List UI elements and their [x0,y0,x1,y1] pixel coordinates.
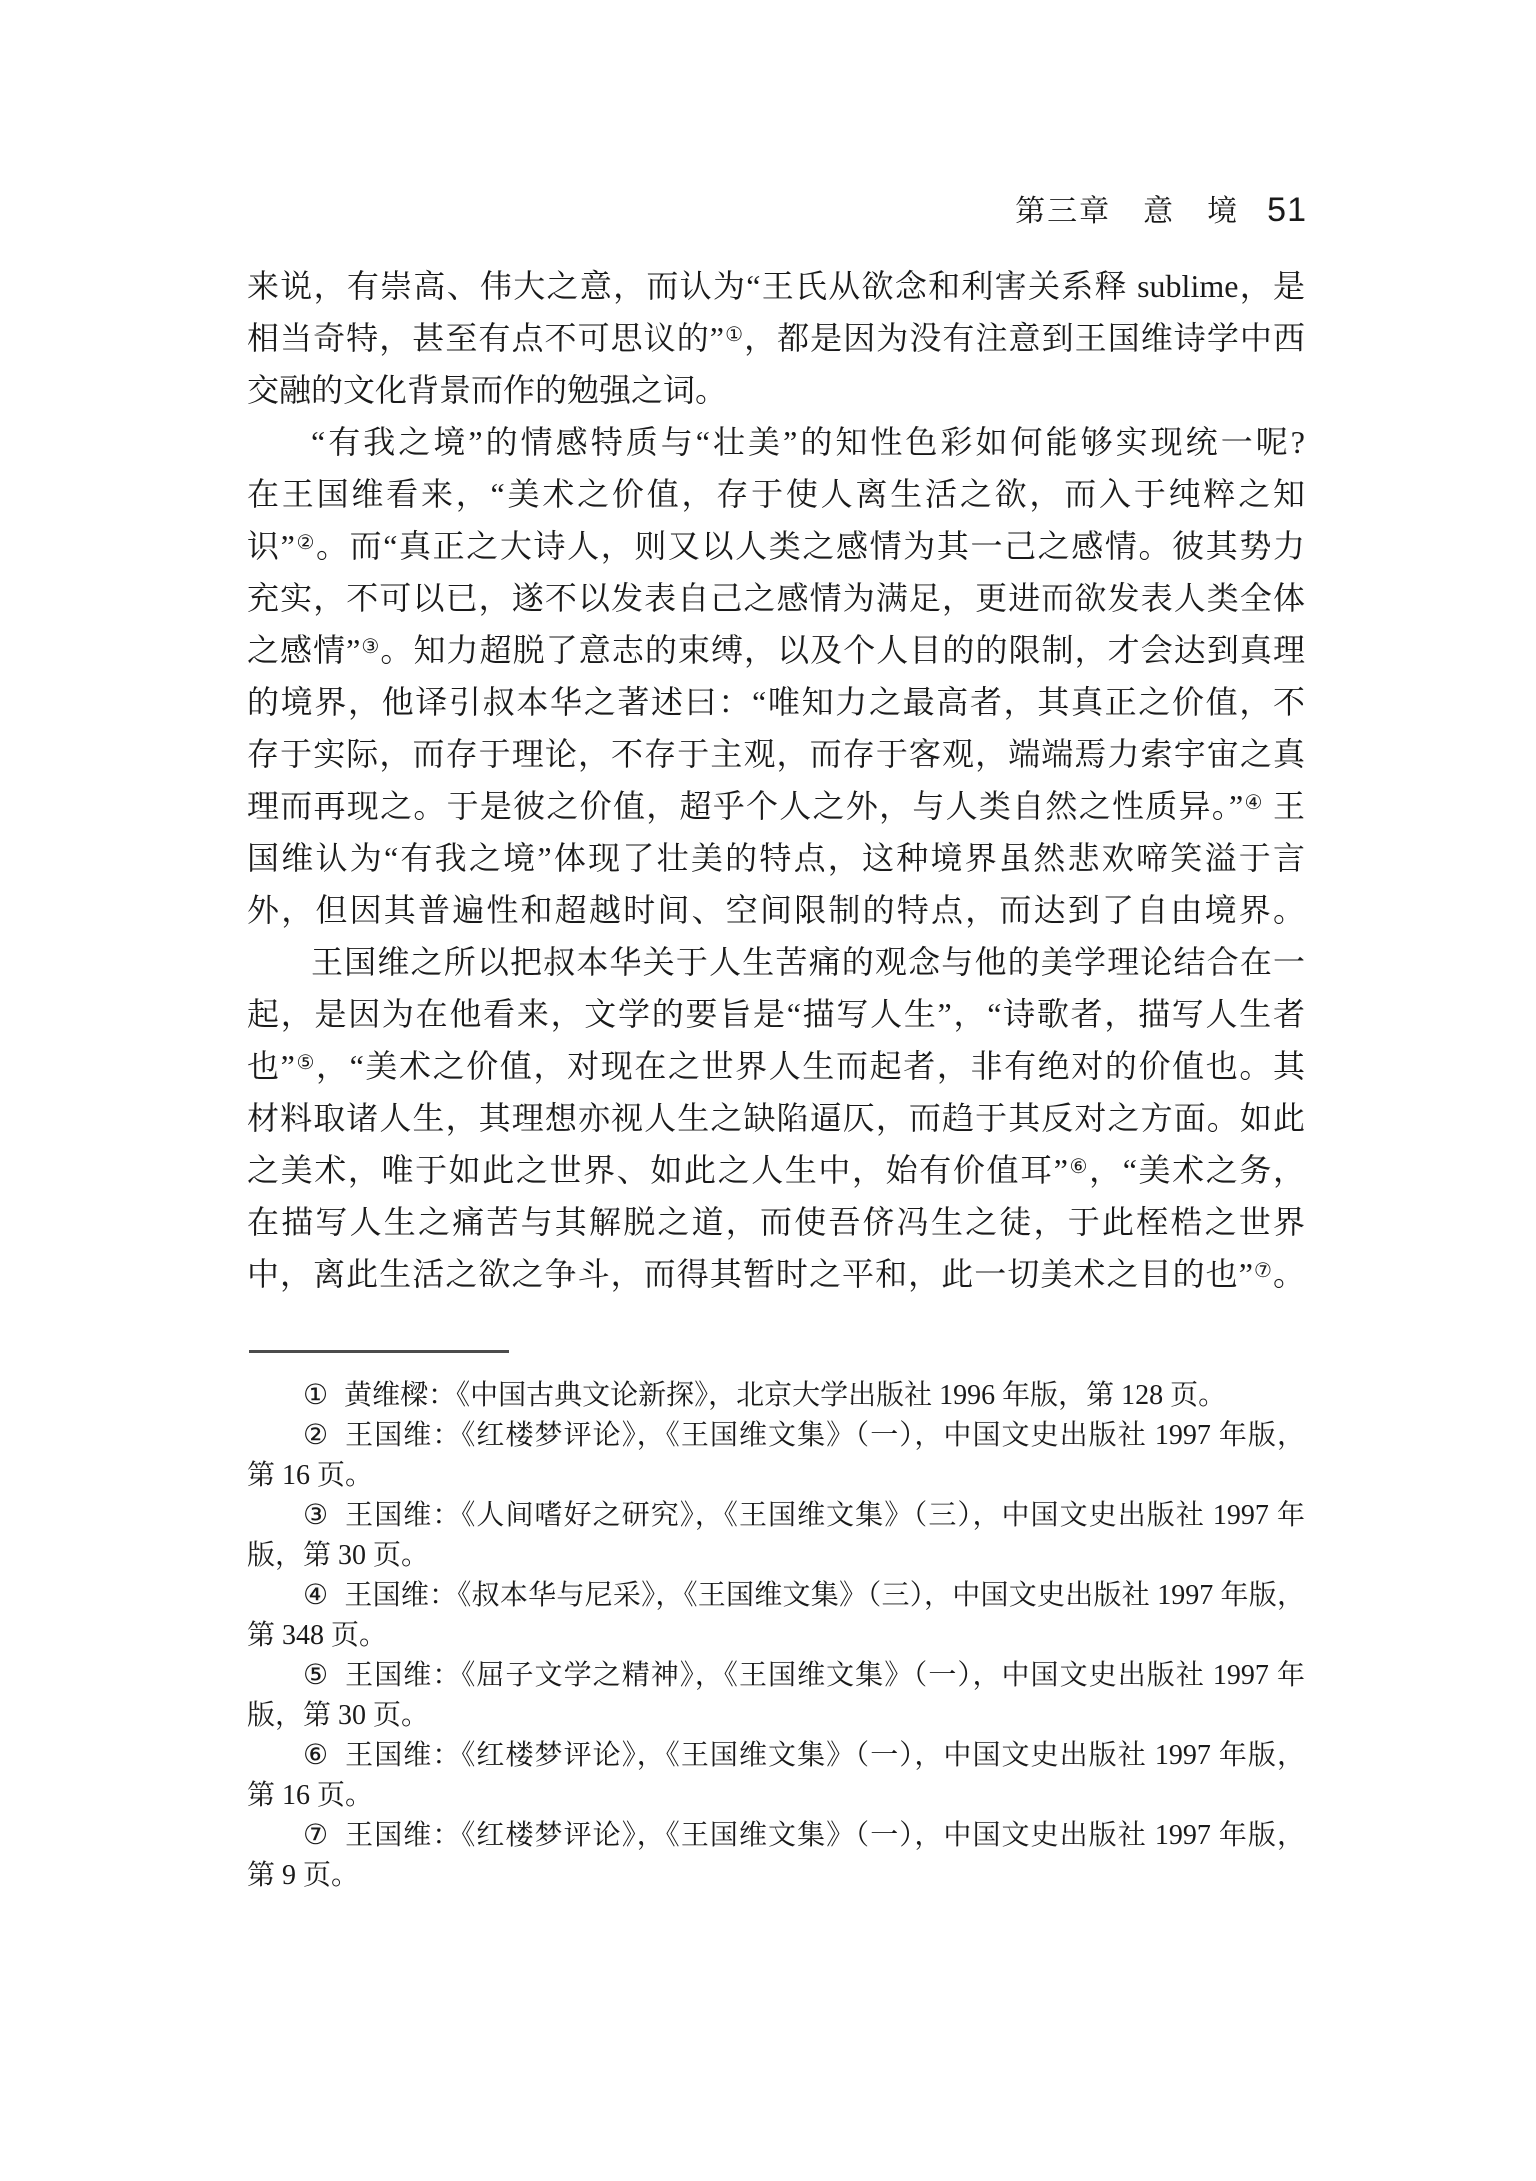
body-line: 存于实际，而存于理论，不存于主观，而存于客观，端端焉力索宇宙之真 [247,728,1305,780]
footnote-line-continuation: 第 16 页。 [247,1456,1305,1496]
body-line: “有我之境”的情感特质与“壮美”的知性色彩如何能够实现统一呢? [247,416,1305,468]
book-page: 第三章 意 境51 来说，有崇高、伟大之意，而认为“王氏从欲念和利害关系释 su… [0,0,1536,2181]
footnote-line: ③王国维：《人间嗜好之研究》，《王国维文集》（三），中国文史出版社 1997 年 [247,1496,1305,1536]
footnote-ref: ② [295,532,316,554]
footnote-marker: ① [303,1380,328,1411]
body-line: 交融的文化背景而作的勉强之词。 [247,364,1305,416]
body-line: 王国维之所以把叔本华关于人生苦痛的观念与他的美学理论结合在一 [247,936,1305,988]
footnote-line: ④王国维：《叔本华与尼采》，《王国维文集》（三），中国文史出版社 1997 年版… [247,1576,1305,1616]
footnote-line-continuation: 第 9 页。 [247,1856,1305,1896]
running-header: 第三章 意 境51 [247,190,1307,232]
footnotes-section: ①黄维樑：《中国古典文论新探》，北京大学出版社 1996 年版，第 128 页。… [247,1376,1305,1896]
footnote-marker: ⑤ [303,1660,329,1691]
body-line: 的境界，他译引叔本华之著述曰：“唯知力之最高者，其真正之价值，不 [247,676,1305,728]
body-line: 来说，有崇高、伟大之意，而认为“王氏从欲念和利害关系释 sublime，是 [247,260,1305,312]
footnote-text: 王国维：《叔本华与尼采》，《王国维文集》（三），中国文史出版社 1997 年版， [344,1580,1305,1611]
footnote-text: 黄维樑：《中国古典文论新探》，北京大学出版社 1996 年版，第 128 页。 [344,1380,1226,1411]
footnote-ref: ④ [1243,792,1263,814]
body-line: 之美术，唯于如此之世界、如此之人生中，始有价值耳”⑥，“美术之务， [247,1144,1305,1196]
footnote-line-continuation: 第 348 页。 [247,1616,1305,1656]
body-line: 在描写人生之痛苦与其解脱之道，而使吾侪冯生之徒，于此桎梏之世界 [247,1196,1305,1248]
footnote-line: ②王国维：《红楼梦评论》，《王国维文集》（一），中国文史出版社 1997 年版， [247,1416,1305,1456]
body-line: 也”⑤，“美术之价值，对现在之世界人生而起者，非有绝对的价值也。其 [247,1040,1305,1092]
footnote-marker: ⑦ [303,1820,329,1851]
footnote-line: ⑤王国维：《屈子文学之精神》，《王国维文集》（一），中国文史出版社 1997 年 [247,1656,1305,1696]
footnote-marker: ② [303,1420,329,1451]
footnote-ref: ⑦ [1253,1260,1273,1282]
footnote-ref: ① [724,324,744,346]
footnote-text: 王国维：《人间嗜好之研究》，《王国维文集》（三），中国文史出版社 1997 年 [345,1500,1305,1531]
footnote-line: ⑥王国维：《红楼梦评论》，《王国维文集》（一），中国文史出版社 1997 年版， [247,1736,1305,1776]
footnote-line: ⑦王国维：《红楼梦评论》，《王国维文集》（一），中国文史出版社 1997 年版， [247,1816,1305,1856]
footnote-separator [249,1350,509,1353]
body-line: 在王国维看来，“美术之价值，存于使人离生活之欲，而入于纯粹之知 [247,468,1305,520]
footnote-text: 王国维：《屈子文学之精神》，《王国维文集》（一），中国文史出版社 1997 年 [345,1660,1305,1691]
footnote-ref: ⑤ [295,1052,316,1074]
body-line: 国维认为“有我之境”体现了壮美的特点，这种境界虽然悲欢啼笑溢于言 [247,832,1305,884]
footnote-ref: ③ [360,636,380,658]
footnote-text: 王国维：《红楼梦评论》，《王国维文集》（一），中国文史出版社 1997 年版， [345,1420,1305,1451]
body-line: 理而再现之。于是彼之价值，超乎个人之外，与人类自然之性质异。”④ 王 [247,780,1305,832]
footnote-line-continuation: 第 16 页。 [247,1776,1305,1816]
body-line: 充实，不可以已，遂不以发表自己之感情为满足，更进而欲发表人类全体 [247,572,1305,624]
body-line: 外，但因其普遍性和超越时间、空间限制的特点，而达到了自由境界。 [247,884,1305,936]
footnote-text: 王国维：《红楼梦评论》，《王国维文集》（一），中国文史出版社 1997 年版， [345,1740,1305,1771]
body-text: 来说，有崇高、伟大之意，而认为“王氏从欲念和利害关系释 sublime，是相当奇… [247,260,1305,1300]
body-line: 起，是因为在他看来，文学的要旨是“描写人生”，“诗歌者，描写人生者 [247,988,1305,1040]
footnote-text: 王国维：《红楼梦评论》，《王国维文集》（一），中国文史出版社 1997 年版， [345,1820,1305,1851]
body-line: 识”②。而“真正之大诗人，则又以人类之感情为其一己之感情。彼其势力 [247,520,1305,572]
footnote-marker: ③ [303,1500,329,1531]
body-line: 材料取诸人生，其理想亦视人生之缺陷逼仄，而趋于其反对之方面。如此 [247,1092,1305,1144]
chapter-title: 第三章 意 境 [1015,195,1239,228]
footnote-ref: ⑥ [1068,1156,1089,1178]
page-number: 51 [1267,191,1307,229]
body-line: 中，离此生活之欲之争斗，而得其暂时之平和，此一切美术之目的也”⑦。 [247,1248,1305,1300]
footnote-marker: ⑥ [303,1740,329,1771]
footnote-line: ①黄维樑：《中国古典文论新探》，北京大学出版社 1996 年版，第 128 页。 [247,1376,1305,1416]
footnote-marker: ④ [303,1580,328,1611]
footnote-line-continuation: 版，第 30 页。 [247,1696,1305,1736]
body-line: 之感情”③。知力超脱了意志的束缚，以及个人目的的限制，才会达到真理 [247,624,1305,676]
body-line: 相当奇特，甚至有点不可思议的”①，都是因为没有注意到王国维诗学中西 [247,312,1305,364]
footnote-line-continuation: 版，第 30 页。 [247,1536,1305,1576]
